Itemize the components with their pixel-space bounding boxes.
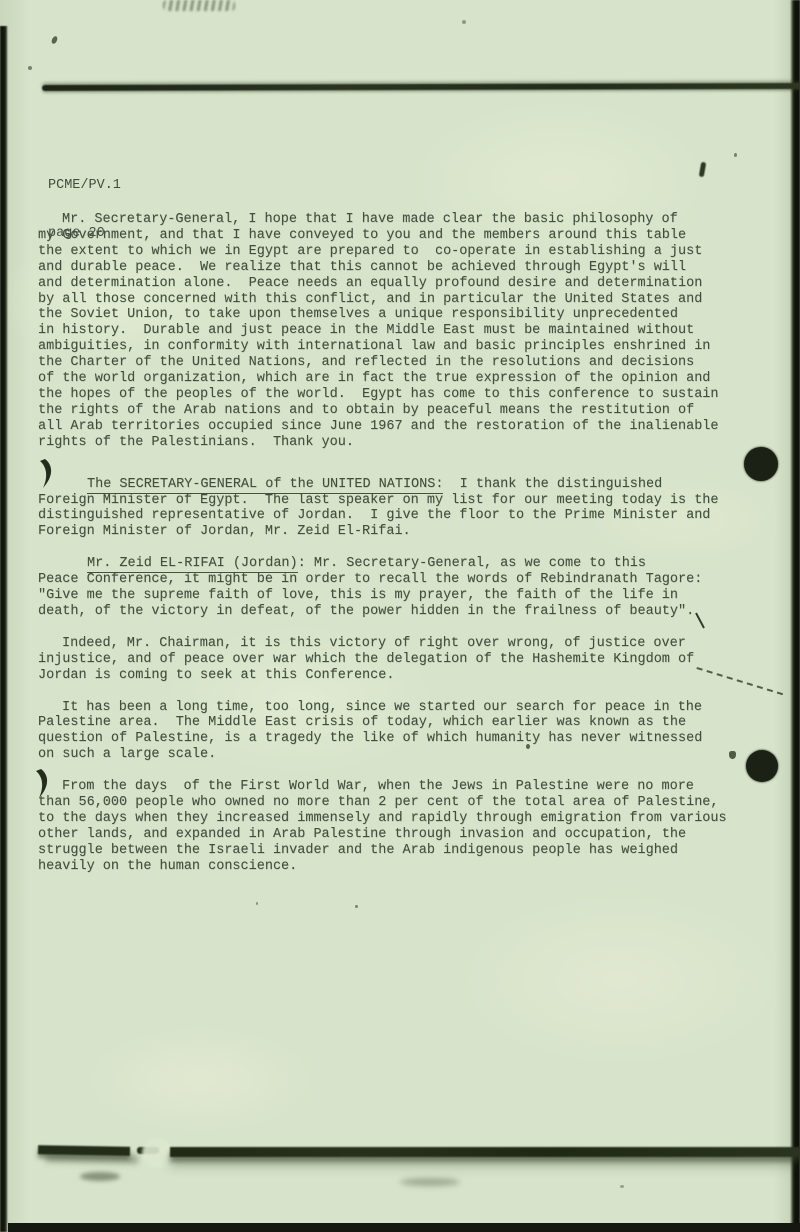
paragraph-line: rights of the Palestinians. Thank you. <box>38 435 778 451</box>
speaker-name: Mr. Zeid EL-RIFAI (Jordan) <box>87 556 298 573</box>
paragraph-line: of the world organization, which are in … <box>38 371 778 387</box>
paragraph-line: the extent to which we in Egypt are prep… <box>38 244 778 260</box>
paragraph-secretary-general: The SECRETARY-GENERAL of the UNITED NATI… <box>38 477 778 541</box>
scan-artifact-bottom-band <box>38 1145 130 1156</box>
scan-artifact-fuzz <box>80 1172 120 1181</box>
paragraph-line: by all those concerned with this conflic… <box>38 292 778 308</box>
paragraph-line: injustice, and of peace over war which t… <box>38 652 778 668</box>
ink-speck <box>355 905 358 908</box>
paragraph-line: than 56,000 people who owned no more tha… <box>38 795 778 811</box>
scan-edge-left <box>0 26 8 1232</box>
paragraph-line: heavily on the human conscience. <box>38 859 778 875</box>
paragraph-victory-of-right: Indeed, Mr. Chairman, it is this victory… <box>38 636 778 684</box>
scanned-document-page: PCME/PV.1 page 20 Mr. Secretary-General,… <box>0 0 800 1232</box>
ink-speck <box>256 902 258 905</box>
paragraph-line: struggle between the Israeli invader and… <box>38 843 778 859</box>
paragraph-line: Mr. Zeid EL-RIFAI (Jordan): Mr. Secretar… <box>38 556 778 572</box>
ink-speck <box>734 153 737 157</box>
paragraph-line: the Soviet Union, to take upon themselve… <box>38 307 778 323</box>
paragraph-line: the rights of the Arab nations and to ob… <box>38 403 778 419</box>
scan-edge-right <box>790 0 800 1232</box>
scan-artifact-fuzz <box>400 1178 460 1186</box>
paragraph-line: Indeed, Mr. Chairman, it is this victory… <box>38 636 778 652</box>
scan-smudge-top <box>163 0 235 11</box>
paragraph-line: question of Palestine, is a tragedy the … <box>38 731 778 747</box>
paragraph-long-time: It has been a long time, too long, since… <box>38 700 778 764</box>
paragraph-first-world-war: From the days of the First World War, wh… <box>38 779 778 874</box>
ink-speck <box>28 66 32 70</box>
scan-edge-bottom <box>8 1223 800 1232</box>
paragraph-line: "Give me the supreme faith of love, this… <box>38 588 778 604</box>
paragraph-text: I thank the distinguished <box>443 477 662 492</box>
paragraph-line: Foreign Minister of Jordan, Mr. Zeid El-… <box>38 524 778 540</box>
scan-artifact-band-gap <box>142 1138 172 1168</box>
paragraph-line: Foreign Minister of Egypt. The last spea… <box>38 493 778 509</box>
ink-speck <box>51 35 59 44</box>
paragraph-line: distinguished representative of Jordan. … <box>38 508 778 524</box>
paragraph-line: From the days of the First World War, wh… <box>38 779 778 795</box>
paragraph-el-rifai-opening: Mr. Zeid EL-RIFAI (Jordan): Mr. Secretar… <box>38 556 778 620</box>
paragraph-line: to the days when they increased immensel… <box>38 811 778 827</box>
paragraph-line: Palestine area. The Middle East crisis o… <box>38 715 778 731</box>
ink-speck <box>462 20 466 24</box>
ink-squiggle-mark <box>699 162 707 178</box>
paragraph-line: and determination alone. Peace needs an … <box>38 276 778 292</box>
paragraph-line: Jordan is coming to seek at this Confere… <box>38 668 778 684</box>
paragraph-line: It has been a long time, too long, since… <box>38 700 778 716</box>
paragraph-line: all Arab territories occupied since June… <box>38 419 778 435</box>
paragraph-egypt-statement: Mr. Secretary-General, I hope that I hav… <box>38 212 778 451</box>
paragraph-line: death, of the victory in defeat, of the … <box>38 604 778 620</box>
paragraph-line: and durable peace. We realize that this … <box>38 260 778 276</box>
document-body: Mr. Secretary-General, I hope that I hav… <box>38 212 778 891</box>
paragraph-line: ambiguities, in conformity with internat… <box>38 339 778 355</box>
paragraph-line: in history. Durable and just peace in th… <box>38 323 778 339</box>
paragraph-line: The SECRETARY-GENERAL of the UNITED NATI… <box>38 477 778 493</box>
paragraph-text: : Mr. Secretary-General, as we come to t… <box>298 556 646 571</box>
paragraph-line: Peace Conference, it might be in order t… <box>38 572 778 588</box>
paragraph-line: other lands, and expanded in Arab Palest… <box>38 827 778 843</box>
paragraph-line: the Charter of the United Nations, and r… <box>38 355 778 371</box>
speaker-name: The SECRETARY-GENERAL of the UNITED NATI… <box>87 477 443 494</box>
scan-artifact-bottom-band <box>170 1147 800 1157</box>
paragraph-line: my Government, and that I have conveyed … <box>38 228 778 244</box>
document-number: PCME/PV.1 <box>48 178 121 194</box>
scan-artifact-top-line <box>42 83 800 91</box>
paragraph-line: the hopes of the peoples of the world. E… <box>38 387 778 403</box>
ink-speck <box>620 1185 624 1188</box>
paragraph-line: Mr. Secretary-General, I hope that I hav… <box>38 212 778 228</box>
paragraph-line: on such a large scale. <box>38 747 778 763</box>
